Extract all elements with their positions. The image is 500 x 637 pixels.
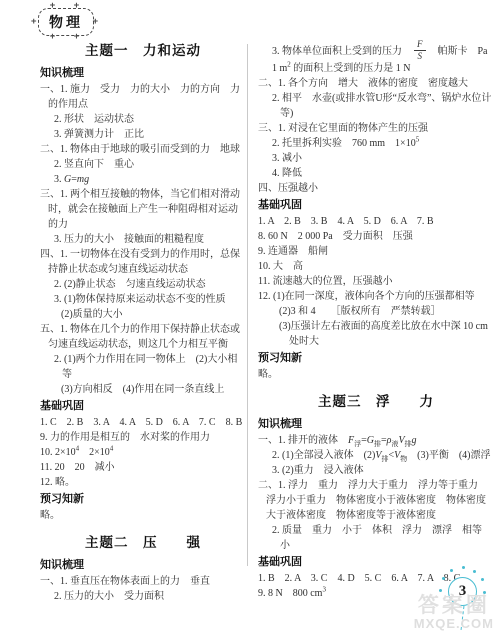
balloon-dot-icon xyxy=(462,566,465,569)
math-variable: G xyxy=(367,435,374,446)
plus-mark-icon: + xyxy=(31,18,39,27)
subscript: 浮 xyxy=(354,440,361,448)
answer-line: 1 m2 的面积上受到的压力是 1 N xyxy=(272,61,494,76)
answer-line: 1. C 2. B 3. A 4. A 5. D 6. A 7. C 8. B xyxy=(40,415,246,430)
answer-line: 9. 连通器 船闸 xyxy=(258,244,494,259)
scanned-answer-page: { "page": { "badge_label": "物理", "page_n… xyxy=(0,0,500,637)
subscript: 排 xyxy=(374,440,381,448)
answer-line: 10. 大 高 xyxy=(258,259,494,274)
watermark: 答案圈 MXQE.COM xyxy=(414,594,494,631)
answer-line: 12. 略。 xyxy=(40,475,246,490)
physics-badge-label: 物理 xyxy=(49,16,83,31)
section-heading: 知识梳理 xyxy=(40,66,246,81)
balloon-dot-icon xyxy=(450,569,453,572)
superscript: 3 xyxy=(322,586,326,594)
balloon-dot-icon xyxy=(481,578,484,581)
answer-line: 四、压强越小 xyxy=(258,181,494,196)
answer-line: 四、1. 一切物体在没有受到力的作用时，总保持静止状态或匀速直线运动状态 xyxy=(40,247,246,277)
answer-line: 2. (1)全部浸入液体 (2)V排<V物 (3)平衡 (4)漂浮 xyxy=(272,448,494,463)
physics-subject-badge: + + + + + + 物理 xyxy=(38,8,94,36)
answer-line: 二、1. 浮力 重力 浮力大于重力 浮力等于重力 浮力小于重力 物体密度小于液体… xyxy=(258,478,494,523)
math-variable: g xyxy=(412,435,417,446)
answer-line: 4. 降低 xyxy=(272,166,494,181)
answer-line: 一、1. 施力 受力 力的大小 力的方向 力的作用点 xyxy=(40,82,246,112)
balloon-dot-icon xyxy=(439,589,442,592)
balloon-dot-icon xyxy=(442,577,445,580)
section-heading: 知识梳理 xyxy=(40,558,246,573)
answer-line: 3. 物体单位面积上受到的压力 FS 帕斯卡 Pa xyxy=(272,40,494,61)
answer-line: 11. 流速越大的位置，压强越小 xyxy=(258,274,494,289)
answer-line: 三、1. 两个相互接触的物体，当它们相对滑动时，就会在接触面上产生一种阻碍相对运… xyxy=(40,187,246,232)
answer-line: (3)方向相反 (4)作用在同一条直线上 xyxy=(61,382,246,397)
watermark-logo-text: 答案圈 xyxy=(414,594,494,616)
answer-line: 一、1. 排开的液体 F浮=G排=ρ液V排g xyxy=(258,433,494,448)
answer-line: 1. A 2. B 3. B 4. A 5. D 6. A 7. B xyxy=(258,214,494,229)
answer-line: 2. (2)静止状态 匀速直线运动状态 xyxy=(54,277,246,292)
answer-line: 三、1. 对浸在它里面的物体产生的压强 xyxy=(258,121,494,136)
answer-line: 3. 弹簧测力计 正比 xyxy=(54,127,246,142)
section-heading: 基础巩固 xyxy=(40,399,246,414)
answer-line: 2. 竖直向下 重心 xyxy=(54,157,246,172)
answer-line: 2. 形状 运动状态 xyxy=(54,112,246,127)
answer-line: 二、1. 各个方向 增大 液体的密度 密度越大 xyxy=(258,76,494,91)
balloon-dot-icon xyxy=(473,570,476,573)
answer-line: 略。 xyxy=(40,508,246,523)
answer-line: 五、1. 物体在几个力的作用下保持静止状态或匀速直线运动状态，则这几个力相互平衡 xyxy=(40,322,246,352)
section-heading: 知识梳理 xyxy=(258,417,494,432)
section-heading: 预习知新 xyxy=(40,492,246,507)
answer-line: 8. 60 N 2 000 Pa 受力面积 压强 xyxy=(258,229,494,244)
answer-line: 3. (1)物体保持原来运动状态不变的性质 xyxy=(54,292,246,307)
superscript: 5 xyxy=(416,136,420,144)
answer-line: 3. (2)重力 浸入液体 xyxy=(272,463,494,478)
answers-left-column: 主题一 力和运动知识梳理一、1. 施力 受力 力的大小 力的方向 力的作用点2.… xyxy=(40,40,246,604)
fraction: FS xyxy=(414,40,426,61)
answer-line: 2. 压力的大小 受力面积 xyxy=(54,589,246,604)
answer-line: 2. (1)两个力作用在同一物体上 (2)大小相等 xyxy=(54,352,246,382)
answer-line: (2)质量的大小 xyxy=(61,307,246,322)
section-heading: 预习知新 xyxy=(258,351,494,366)
answer-line: (3)压强计左右液面的高度差比放在水中深 10 cm 处时大 xyxy=(279,319,494,349)
answer-line: (2)3 和 4 ［版权所有 严禁转载］ xyxy=(279,304,494,319)
plus-mark-icon: + xyxy=(93,18,101,27)
answer-line: 2. 质量 重力 小于 体积 浮力 漂浮 相等 小 xyxy=(272,523,494,553)
plus-mark-icon: + xyxy=(50,2,58,11)
answer-line: 11. 20 20 减小 xyxy=(40,460,246,475)
answer-line: 2. 相平 水壶(或排水管U形“反水弯”、锅炉水位计等) xyxy=(272,91,494,121)
watermark-site-text: MXQE.COM xyxy=(414,616,494,631)
answer-line: 2. 托里拆利实验 760 mm 1×105 xyxy=(272,136,494,151)
answer-line: 9. 力的作用是相互的 水对桨的作用力 xyxy=(40,430,246,445)
section-title: 主题一 力和运动 xyxy=(40,42,246,59)
answer-line: 10. 2×104 2×104 xyxy=(40,445,246,460)
answers-right-column: 3. 物体单位面积上受到的压力 FS 帕斯卡 Pa1 m2 的面积上受到的压力是… xyxy=(258,40,494,601)
answer-line: 3. G=mg xyxy=(54,172,246,187)
answer-line: 12. (1)在同一深度，液体向各个方向的压强都相等 xyxy=(258,289,494,304)
subscript: 排 xyxy=(381,455,388,463)
superscript: 2 xyxy=(287,61,291,69)
subscript: 物 xyxy=(400,455,407,463)
section-title: 主题二 压 强 xyxy=(40,534,246,551)
column-divider xyxy=(247,44,248,566)
subscript: 排 xyxy=(405,440,412,448)
section-heading: 基础巩固 xyxy=(258,198,494,213)
answer-line: 略。 xyxy=(258,367,494,382)
answer-line: 3. 减小 xyxy=(272,151,494,166)
answer-line: 3. 压力的大小 接触面的粗糙程度 xyxy=(54,232,246,247)
superscript: 4 xyxy=(76,445,80,453)
section-title: 主题三 浮 力 xyxy=(258,393,494,410)
math-variable: mg xyxy=(77,174,89,185)
superscript: 4 xyxy=(110,445,114,453)
math-variable: G xyxy=(64,174,71,185)
plus-mark-icon: + xyxy=(74,2,82,11)
answer-line: 二、1. 物体由于地球的吸引而受到的力 地球 xyxy=(40,142,246,157)
answer-line: 一、1. 垂直压在物体表面上的力 垂直 xyxy=(40,574,246,589)
